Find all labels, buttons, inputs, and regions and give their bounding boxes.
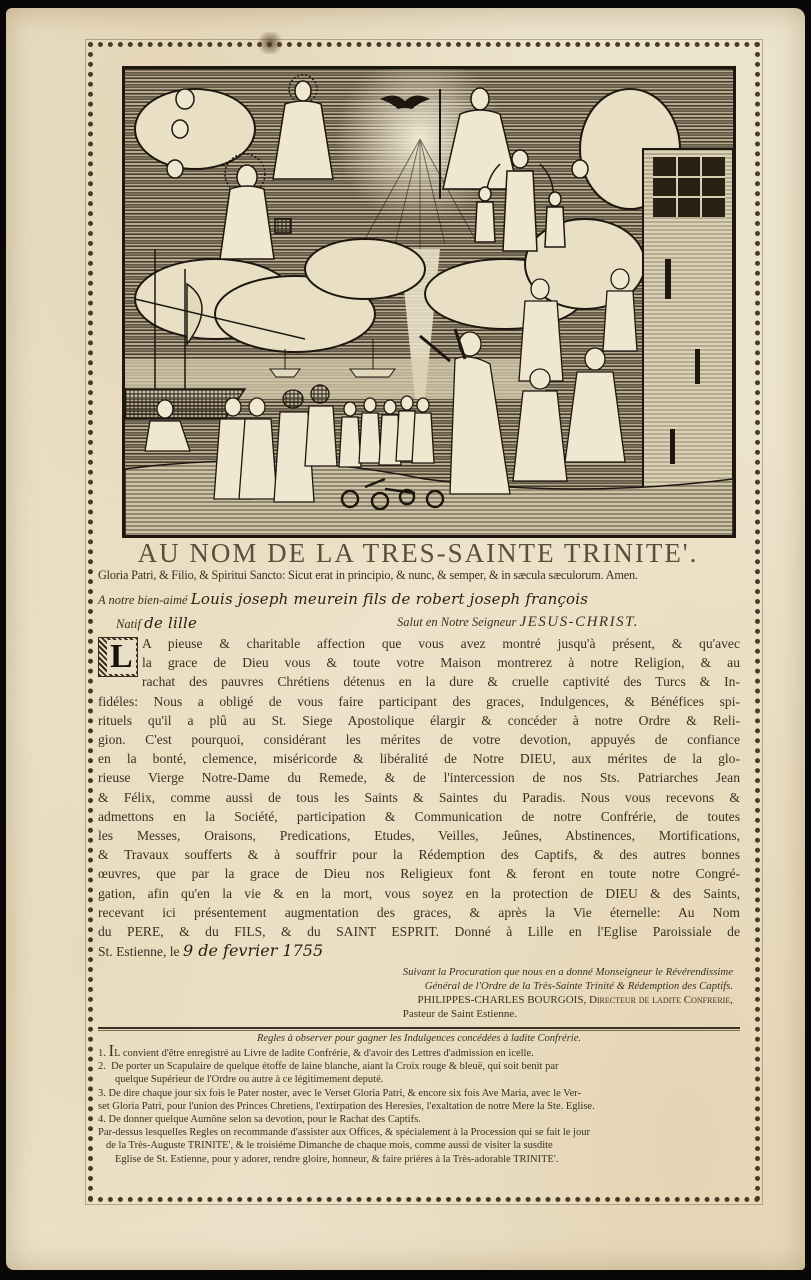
body-line: recevant ici présentement augmentation d…	[98, 903, 740, 922]
rules-recommendation-continued: Eglise de St. Estienne, pour y adorer, r…	[98, 1153, 740, 1166]
child-captive	[545, 207, 565, 247]
rule-item-continued: quelque Supérieur de l'Ordre ou autre à …	[98, 1073, 740, 1086]
addressee-line: A notre bien-aimé Louis joseph meurein f…	[98, 590, 588, 608]
signature-line-1: Suivant la Procuration que nous en a don…	[403, 965, 733, 979]
body-line: rituels qu'il a plû au St. Siege Apostol…	[98, 711, 740, 730]
cherub	[572, 160, 588, 178]
body-line: les Messes, Oraisons, Predications, Etud…	[98, 826, 740, 845]
rules-recommendation: Par-dessus lesquelles Regles on recomman…	[98, 1126, 740, 1139]
section-divider	[98, 1027, 740, 1031]
rule-item: 1. IL convient d'être enregistré au Livr…	[98, 1046, 740, 1060]
rules-list: 1. IL convient d'être enregistré au Livr…	[98, 1046, 740, 1166]
turkish-captor	[305, 406, 337, 466]
rules-recommendation-continued: de la Très-Auguste TRINITE', & le troisi…	[98, 1139, 740, 1152]
certificate-body: A pieuse & charitable affection que vous…	[98, 634, 740, 961]
gloria-patri-doxology: Gloria Patri, & Filio, & Spiritui Sancto…	[98, 568, 738, 583]
body-line: en la bonté, clemence, miséricorde & lib…	[98, 749, 740, 768]
signature-block: Suivant la Procuration que nous en a don…	[403, 965, 733, 1021]
body-line: admettons en la Société, participation &…	[98, 807, 740, 826]
native-line: Natif de lille	[116, 614, 197, 632]
prison-tower	[643, 149, 733, 535]
captive	[603, 291, 637, 351]
body-line: fidéles: Nous a obligé de vous faire par…	[98, 692, 740, 711]
date-handwritten: 9 de fevrier 1755	[183, 941, 323, 960]
rules-heading: Regles à observer pour gagner les Indulg…	[98, 1033, 740, 1044]
cherub	[172, 120, 188, 138]
christ-head	[295, 81, 311, 101]
friar	[239, 419, 277, 499]
native-handwritten-place: de lille	[144, 614, 197, 632]
salutation-text: Salut en Notre Seigneur	[397, 615, 516, 629]
god-father-head	[471, 88, 489, 110]
body-line: rachat des pauvres Chrétiens détenus en …	[98, 672, 740, 691]
child-captive	[475, 202, 495, 242]
angel-robe	[503, 171, 537, 251]
rule-item: 2. De porter un Scapulaire de quelque ét…	[98, 1060, 740, 1073]
addressee-label: A notre bien-aimé	[98, 593, 188, 607]
document-title: AU NOM DE LA TRES-SAINTE TRINITE'.	[98, 538, 738, 569]
trinity-redemption-engraving	[125, 69, 733, 535]
body-line: la grace de Dieu vous & toute votre Mais…	[98, 653, 740, 672]
freed-captives	[339, 396, 434, 467]
salutation-line: Salut en Notre Seigneur JESUS-CHRIST.	[397, 614, 639, 631]
body-line: gation, afin qu'en la vie & en la mort, …	[98, 884, 740, 903]
body-line: du PERE, & du FILS, & du SAINT ESPRIT. D…	[98, 922, 740, 941]
body-line: rieuse Vierge Notre-Dame du Remede, & de…	[98, 768, 740, 787]
cherub	[176, 89, 194, 109]
body-line: A pieuse & charitable affection que vous…	[98, 634, 740, 653]
rule-item: 3. De dire chaque jour six fois le Pater…	[98, 1087, 740, 1100]
kneeling-captive	[513, 391, 567, 481]
engraving-illustration	[122, 66, 736, 538]
addressee-handwritten-name: Louis joseph meurein fils de robert jose…	[191, 590, 588, 608]
scapular	[275, 219, 291, 233]
rule-item: 4. De donner quelque Aumône selon sa dev…	[98, 1113, 740, 1126]
rule-item-continued: set Gloria Patri, pour l'union des Princ…	[98, 1100, 740, 1113]
signatory-name: PHILIPPES-CHARLES BOURGOIS, Directeur de…	[403, 993, 733, 1007]
body-line: & Travaux soufferts & à souffrir pour la…	[98, 845, 740, 864]
date-line: St. Estienne, le 9 de fevrier 1755	[98, 941, 740, 961]
signature-line-2: Général de l'Ordre de la Très-Sainte Tri…	[403, 979, 733, 993]
date-prefix: St. Estienne, le	[98, 944, 180, 959]
salutation-name: JESUS-CHRIST.	[519, 614, 639, 630]
barred-window	[653, 157, 725, 217]
native-label: Natif	[116, 617, 141, 631]
body-line: & Félix, comme aussi de tous les Saints …	[98, 788, 740, 807]
body-line: œuvres, que par la grace de Dieu nos Rel…	[98, 864, 740, 883]
angel-head	[512, 150, 528, 168]
cherub	[167, 160, 183, 178]
signatory-title: Pasteur de Saint Estienne.	[403, 1007, 733, 1021]
body-line: gion. C'est pourquoi, considérant les mé…	[98, 730, 740, 749]
